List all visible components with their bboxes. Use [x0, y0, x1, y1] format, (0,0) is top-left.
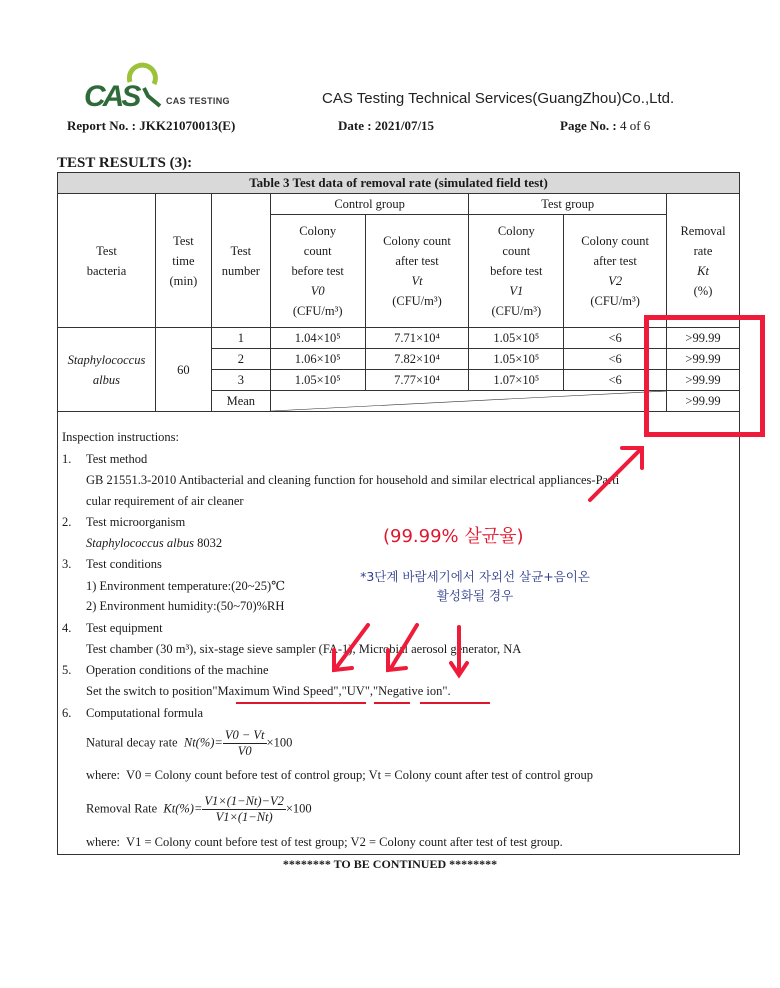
page-number: Page No. : 4 of 6 — [560, 118, 650, 134]
removal-rate-table: Table 3 Test data of removal rate (simul… — [57, 172, 740, 412]
logo-text: CAS TESTING — [166, 96, 230, 106]
header-v2: Colony countafter testV2(CFU/m³) — [564, 215, 667, 328]
header-control-group: Control group — [270, 194, 469, 215]
diagonal-line — [271, 391, 666, 411]
formula-removal-rate: Removal Rate Kt(%)=V1×(1−Nt)−V2V1×(1−Nt)… — [86, 794, 312, 825]
highlight-box — [644, 315, 765, 437]
section-title: TEST RESULTS (3): — [57, 155, 192, 172]
mean-empty-cell — [270, 391, 666, 412]
header-removal-rate: RemovalrateKt(%) — [667, 194, 740, 328]
header-time: Testtime(min) — [155, 194, 211, 328]
setting-negative-ion: "Negative ion" — [373, 684, 447, 698]
instructions-title: Inspection instructions: — [62, 430, 179, 445]
formula-1-where: where: V0 = Colony count before test of … — [86, 768, 593, 783]
report-number: Report No. : JKK21070013(E) — [67, 118, 235, 134]
header-bacteria: Testbacteria — [58, 194, 156, 328]
cas-logo-icon: CAS — [82, 62, 162, 110]
instruction-4-title: 4.Test equipment — [62, 621, 163, 636]
svg-text:CAS: CAS — [84, 80, 141, 110]
header-vt: Colony countafter testVt(CFU/m³) — [365, 215, 469, 328]
underline-max-wind — [236, 702, 366, 704]
underline-negative-ion — [420, 702, 490, 704]
kill-rate-annotation: (99.99% 살균율) — [383, 522, 524, 548]
instruction-5-title: 5.Operation conditions of the machine — [62, 663, 269, 678]
test-time: 60 — [155, 328, 211, 412]
header-test-group: Test group — [469, 194, 667, 215]
table-caption: Table 3 Test data of removal rate (simul… — [58, 173, 740, 194]
setting-max-wind: "Maximum Wind Speed" — [212, 684, 338, 698]
machine-settings: Set the switch to position"Maximum Wind … — [86, 684, 451, 699]
condition-annotation: *3단계 바람세기에서 자외선 살균+음이온 활성화될 경우 — [320, 567, 630, 605]
underline-uv — [374, 702, 410, 704]
instruction-1-title: 1.Test method — [62, 452, 147, 467]
instruction-6-title: 6.Computational formula — [62, 706, 203, 721]
instruction-2-title: 2.Test microorganism — [62, 515, 185, 530]
continued-footer: ******** TO BE CONTINUED ******** — [0, 857, 780, 872]
bacteria-name: Staphylococcusalbus — [58, 328, 156, 412]
formula-natural-decay: Natural decay rate Nt(%)=V0 − VtV0×100 — [86, 728, 292, 759]
formula-2-where: where: V1 = Colony count before test of … — [86, 835, 563, 850]
header-v1: Colonycountbefore testV1(CFU/m³) — [469, 215, 564, 328]
header-number: Testnumber — [211, 194, 270, 328]
header-v0: Colonycountbefore testV0(CFU/m³) — [270, 215, 365, 328]
setting-uv: "UV" — [342, 684, 370, 698]
company-name: CAS Testing Technical Services(GuangZhou… — [322, 90, 674, 107]
report-date: Date : 2021/07/15 — [338, 118, 434, 134]
table-row: Staphylococcusalbus 60 1 1.04×10⁵ 7.71×1… — [58, 328, 740, 349]
instruction-3-title: 3.Test conditions — [62, 557, 162, 572]
